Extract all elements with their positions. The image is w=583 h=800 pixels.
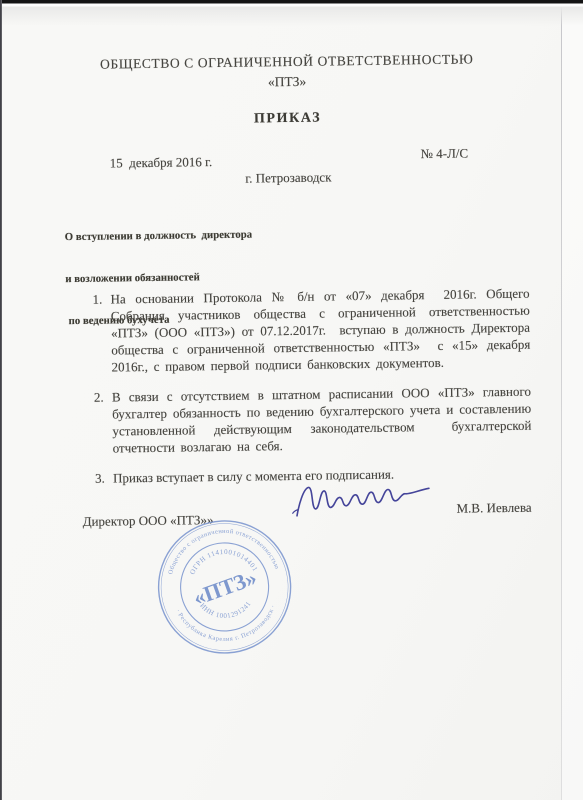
item-number: 2. — [94, 389, 113, 457]
scanned-order-document: ОБЩЕСТВО С ОГРАНИЧЕННОЙ ОТВЕТСТВЕННОСТЬЮ… — [0, 0, 583, 800]
document-type-title: ПРИКАЗ — [0, 107, 579, 131]
document-city: г. Петрозаводск — [0, 166, 580, 190]
signatory-name: М.В. Иевлева — [456, 500, 531, 517]
company-round-stamp: Общество с ограниченной ответственностью… — [151, 514, 298, 661]
subject-line-2: и возложении обязанностей — [65, 270, 253, 287]
document-date: 15 декабря 2016 г. — [110, 154, 213, 171]
document-page: ОБЩЕСТВО С ОГРАНИЧЕННОЙ ОТВЕТСТВЕННОСТЬЮ… — [0, 0, 583, 800]
stamp-outer-bottom-text: · Республика Карелия г. Петрозаводск · — [174, 603, 279, 645]
order-item-2: 2. В связи с отсутствием в штатном распи… — [94, 383, 532, 457]
document-number: № 4-Л/С — [420, 146, 468, 163]
subject-line-1: О вступлении в должность директора — [65, 228, 253, 245]
company-short-name: «ПТЗ» — [0, 70, 579, 94]
order-items-list: 1. На основании Протокола № б/н от «07» … — [92, 285, 532, 500]
order-item-1: 1. На основании Протокола № б/н от «07» … — [92, 285, 530, 376]
item-number: 1. — [92, 291, 111, 376]
svg-text:· Республика Карелия г. Петро: · Республика Карелия г. Петрозаводск · — [174, 603, 279, 645]
item-number: 3. — [95, 469, 113, 486]
item-text: На основании Протокола № б/н от «07» дек… — [110, 285, 530, 376]
item-text: В связи с отсутствием в штатном расписан… — [112, 383, 532, 457]
